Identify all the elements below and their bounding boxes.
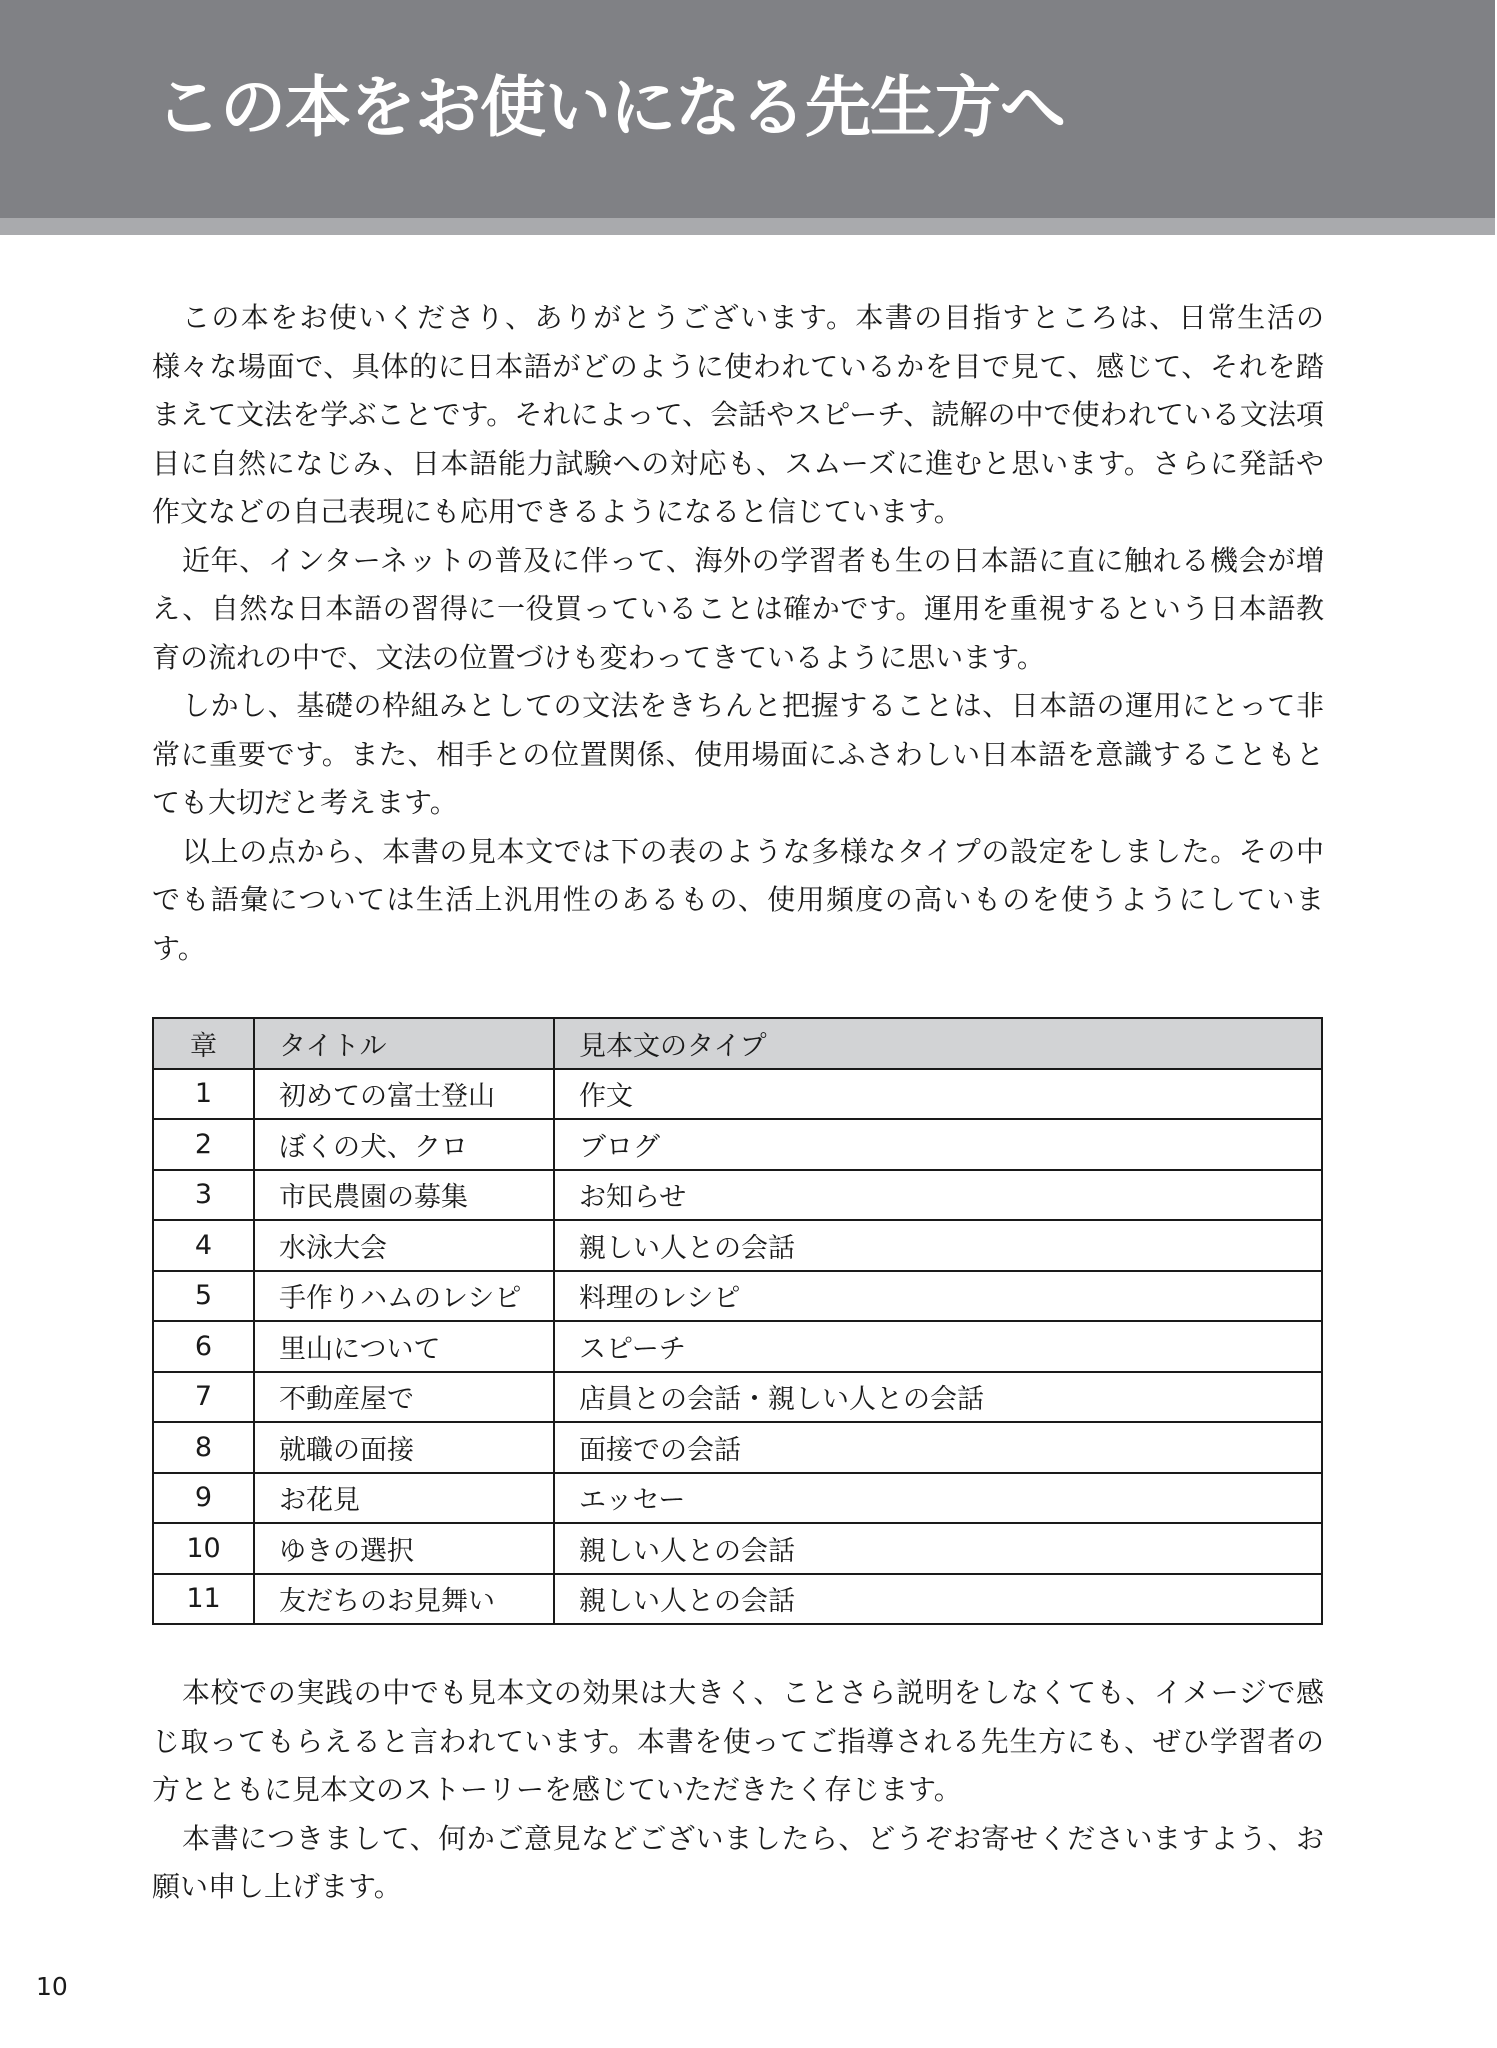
table-row: 9 お花見 エッセー [153,1473,1322,1524]
table-row: 5 手作りハムのレシピ 料理のレシピ [153,1271,1322,1322]
chapter-number: 6 [153,1321,254,1372]
chapter-number: 4 [153,1220,254,1271]
chapter-number: 7 [153,1372,254,1423]
column-header-type: 見本文のタイプ [554,1018,1322,1069]
table-row: 8 就職の面接 面接での会話 [153,1422,1322,1473]
chapter-number: 1 [153,1069,254,1120]
chapter-number: 9 [153,1473,254,1524]
intro-paragraph: しかし、基礎の枠組みとしての文法をきちんと把握することは、日本語の運用にとって非… [152,682,1324,828]
page-number: 10 [36,1972,68,2002]
sample-text-type: 親しい人との会話 [554,1523,1322,1574]
sample-text-type: スピーチ [554,1321,1322,1372]
page-title: この本をお使いになる先生方へ [155,68,1065,148]
chapter-number: 8 [153,1422,254,1473]
table-row: 2 ぼくの犬、クロ ブログ [153,1119,1322,1170]
outro-section: 本校での実践の中でも見本文の効果は大きく、ことさら説明をしなくても、イメージで感… [152,1669,1324,1912]
sample-text-type: エッセー [554,1473,1322,1524]
sample-text-type: 親しい人との会話 [554,1220,1322,1271]
chapter-title: 手作りハムのレシピ [254,1271,554,1322]
column-header-title: タイトル [254,1018,554,1069]
chapter-title: ぼくの犬、クロ [254,1119,554,1170]
table-row: 1 初めての富士登山 作文 [153,1069,1322,1120]
intro-section: この本をお使いくださり、ありがとうございます。本書の目指すところは、日常生活の様… [152,294,1324,973]
table-row: 7 不動産屋で 店員との会話・親しい人との会話 [153,1372,1322,1423]
sample-text-type: 親しい人との会話 [554,1574,1322,1625]
table-header-row: 章 タイトル 見本文のタイプ [153,1018,1322,1069]
chapter-title: 就職の面接 [254,1422,554,1473]
sample-text-type: 作文 [554,1069,1322,1120]
intro-paragraph: この本をお使いくださり、ありがとうございます。本書の目指すところは、日常生活の様… [152,294,1324,537]
chapter-number: 10 [153,1523,254,1574]
chapter-number: 2 [153,1119,254,1170]
chapter-number: 5 [153,1271,254,1322]
chapter-title: 水泳大会 [254,1220,554,1271]
chapter-number: 3 [153,1170,254,1221]
sample-text-type: 料理のレシピ [554,1271,1322,1322]
chapter-title: 初めての富士登山 [254,1069,554,1120]
sample-text-type: 店員との会話・親しい人との会話 [554,1372,1322,1423]
table-row: 11 友だちのお見舞い 親しい人との会話 [153,1574,1322,1625]
outro-paragraph: 本校での実践の中でも見本文の効果は大きく、ことさら説明をしなくても、イメージで感… [152,1669,1324,1815]
column-header-chapter: 章 [153,1018,254,1069]
intro-paragraph: 以上の点から、本書の見本文では下の表のような多様なタイプの設定をしました。その中… [152,828,1324,974]
sample-text-type: 面接での会話 [554,1422,1322,1473]
chapter-number: 11 [153,1574,254,1625]
chapter-title: お花見 [254,1473,554,1524]
sample-text-type: ブログ [554,1119,1322,1170]
chapter-title: 友だちのお見舞い [254,1574,554,1625]
sample-text-type: お知らせ [554,1170,1322,1221]
chapter-title: 不動産屋で [254,1372,554,1423]
table-row: 10 ゆきの選択 親しい人との会話 [153,1523,1322,1574]
table-row: 6 里山について スピーチ [153,1321,1322,1372]
table-row: 3 市民農園の募集 お知らせ [153,1170,1322,1221]
chapter-type-table: 章 タイトル 見本文のタイプ 1 初めての富士登山 作文 2 ぼくの犬、クロ ブ… [152,1017,1323,1625]
intro-paragraph: 近年、インターネットの普及に伴って、海外の学習者も生の日本語に直に触れる機会が増… [152,537,1324,683]
chapter-title: 里山について [254,1321,554,1372]
outro-paragraph: 本書につきまして、何かご意見などございましたら、どうぞお寄せくださいますよう、お… [152,1815,1324,1912]
chapter-title: 市民農園の募集 [254,1170,554,1221]
header-underline-strip [0,218,1495,235]
table-row: 4 水泳大会 親しい人との会話 [153,1220,1322,1271]
chapter-title: ゆきの選択 [254,1523,554,1574]
